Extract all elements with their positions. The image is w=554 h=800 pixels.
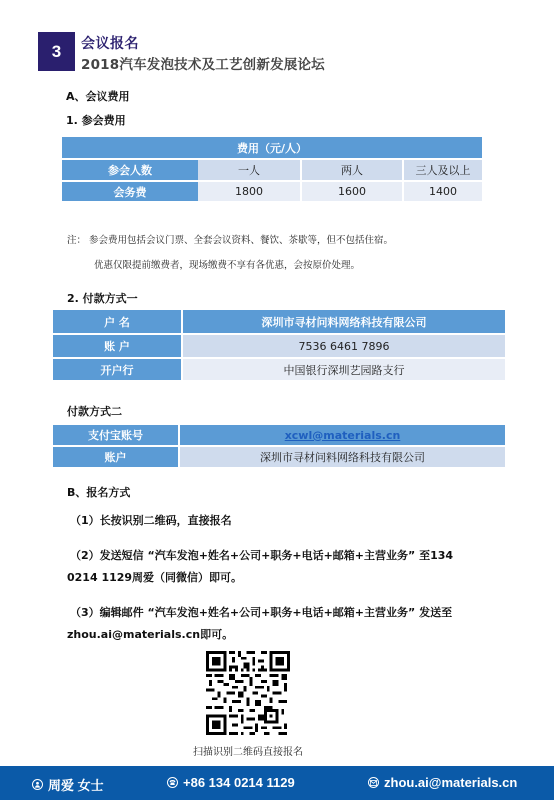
payment-1-row-name: 户 名 深圳市寻材问料网络科技有限公司 — [53, 310, 505, 333]
label-account-number: 账 户 — [53, 333, 181, 357]
row-label-fee: 会务费 — [62, 180, 198, 201]
method-3-line-2: zhou.ai@materials.cn即可。 — [67, 624, 233, 645]
footer-contact-person: 周爱 女士 — [32, 775, 104, 794]
payment-1-row-account: 账 户 7536 6461 7896 — [53, 333, 505, 357]
contact-name: 周爱 女士 — [48, 775, 104, 794]
payment-2-heading: 付款方式二 — [67, 403, 122, 419]
footer-contact-phone: +86 134 0214 1129 — [167, 775, 295, 790]
payment-1-table: 户 名 深圳市寻材问料网络科技有限公司 账 户 7536 6461 7896 开… — [53, 310, 505, 380]
payment-2-row-alipay: 支付宝账号 xcwl@materials.cn — [53, 425, 505, 445]
payment-1-heading: 2. 付款方式一 — [67, 290, 138, 306]
value-bank: 中国银行深圳艺园路支行 — [181, 357, 505, 380]
section-number-badge: 3 — [38, 32, 75, 71]
footer-contact-email: zhou.ai@materials.cn — [368, 775, 517, 790]
row-label-people: 参会人数 — [62, 158, 198, 180]
fee-table: 费用（元/人） 参会人数 一人 两人 三人及以上 会务费 1800 1600 1… — [62, 137, 482, 201]
col-two-persons: 两人 — [300, 158, 402, 180]
fee-table-caption-row: 费用（元/人） — [62, 137, 482, 158]
fee-two-persons: 1600 — [300, 180, 402, 201]
contact-phone[interactable]: +86 134 0214 1129 — [183, 775, 295, 790]
fee-subheading: 1. 参会费用 — [66, 112, 126, 128]
phone-icon — [167, 777, 178, 788]
value-account-number: 7536 6461 7896 — [181, 333, 505, 357]
contact-email[interactable]: zhou.ai@materials.cn — [384, 775, 517, 790]
label-alipay-account: 支付宝账号 — [53, 425, 178, 445]
page: 3 会议报名 2018汽车发泡技术及工艺创新发展论坛 A、会议费用 1. 参会费… — [0, 0, 554, 800]
payment-1-row-bank: 开户行 中国银行深圳艺园路支行 — [53, 357, 505, 380]
method-2-line-2: 0214 1129周爱（同微信）即可。 — [67, 567, 242, 588]
payment-2-row-holder: 账户 深圳市寻材问料网络科技有限公司 — [53, 445, 505, 467]
col-three-plus: 三人及以上 — [402, 158, 482, 180]
method-1: （1）长按识别二维码，直接报名 — [70, 510, 232, 531]
mail-icon — [368, 777, 379, 788]
fee-table-row-people: 参会人数 一人 两人 三人及以上 — [62, 158, 482, 180]
section-b-heading: B、报名方式 — [67, 484, 130, 500]
qr-caption: 扫描识别二维码直接报名 — [178, 743, 318, 758]
fee-note-2: 优惠仅限提前缴费者，现场缴费不享有各优惠，会按原价处理。 — [94, 257, 360, 271]
label-account-name: 户 名 — [53, 310, 181, 333]
contact-footer: 周爱 女士 +86 134 0214 1129 zhou.ai@material… — [0, 766, 554, 800]
section-title: 会议报名 — [81, 33, 139, 53]
registration-qr-code[interactable] — [206, 651, 290, 735]
alipay-email-link[interactable]: xcwl@materials.cn — [285, 429, 401, 442]
forum-title: 2018汽车发泡技术及工艺创新发展论坛 — [81, 53, 325, 73]
fee-note-1: 注： 参会费用包括会议门票、全套会议资料、餐饮、茶歇等，但不包括住宿。 — [67, 232, 393, 246]
section-a-heading: A、会议费用 — [66, 88, 130, 104]
col-one-person: 一人 — [198, 158, 300, 180]
person-icon — [32, 779, 43, 790]
value-account-holder: 深圳市寻材问料网络科技有限公司 — [178, 445, 505, 467]
method-2-line-1: （2）发送短信 “汽车发泡+姓名+公司+职务+电话+邮箱+主营业务” 至134 — [70, 545, 453, 566]
value-alipay-account: xcwl@materials.cn — [178, 425, 505, 445]
fee-three-plus: 1400 — [402, 180, 482, 201]
payment-2-table: 支付宝账号 xcwl@materials.cn 账户 深圳市寻材问料网络科技有限… — [53, 425, 505, 467]
fee-one-person: 1800 — [198, 180, 300, 201]
method-3-line-1: （3）编辑邮件 “汽车发泡+姓名+公司+职务+电话+邮箱+主营业务” 发送至 — [70, 602, 452, 623]
value-account-name: 深圳市寻材问料网络科技有限公司 — [181, 310, 505, 333]
fee-table-caption: 费用（元/人） — [62, 137, 482, 158]
label-bank: 开户行 — [53, 357, 181, 380]
fee-table-row-fee: 会务费 1800 1600 1400 — [62, 180, 482, 201]
label-account-holder: 账户 — [53, 445, 178, 467]
